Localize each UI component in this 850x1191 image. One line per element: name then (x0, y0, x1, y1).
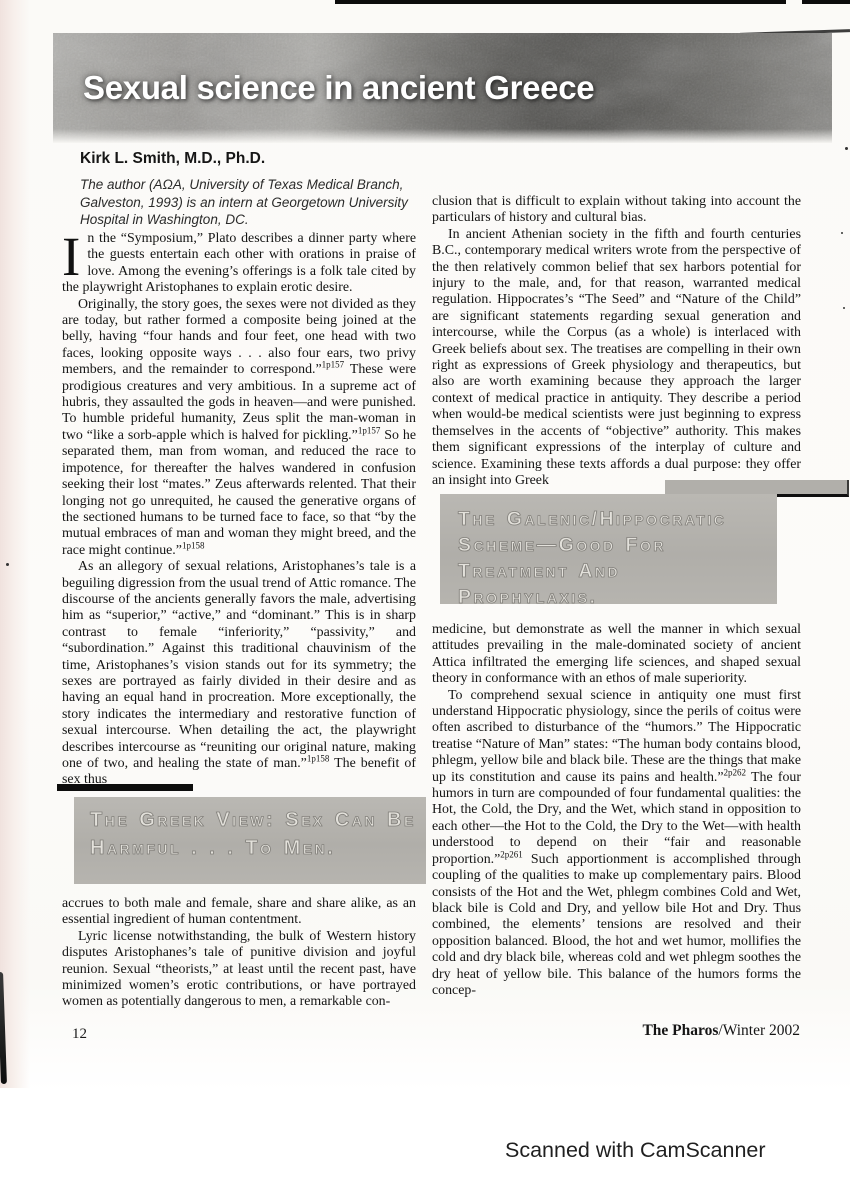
article-paragraph: In ancient Athenian society in the fifth… (432, 227, 801, 490)
author-affiliation-note: The author (AΩA, University of Texas Med… (80, 176, 418, 229)
scan-speck (841, 232, 843, 234)
scan-top-edge-artifact (335, 0, 850, 4)
paragraph-text: n the “Symposium,” Plato describes a din… (62, 231, 416, 295)
article-paragraph: accrues to both male and female, share a… (62, 896, 416, 929)
article-paragraph: Lyric license notwithstanding, the bulk … (62, 929, 416, 1011)
right-column-upper: clusion that is difficult to explain wit… (432, 194, 801, 489)
article-paragraph: As an allegory of sexual relations, Aris… (62, 559, 416, 789)
scan-speck (845, 147, 848, 150)
page-number: 12 (72, 1026, 87, 1043)
article-paragraph: clusion that is difficult to explain wit… (432, 194, 801, 227)
article-paragraph: medicine, but demonstrate as well the ma… (432, 622, 801, 688)
scan-speck (843, 307, 845, 309)
left-column-upper: In the “Symposium,” Plato describes a di… (62, 231, 416, 789)
article-paragraph: In the “Symposium,” Plato describes a di… (62, 231, 416, 297)
left-column-lower: accrues to both male and female, share a… (62, 896, 416, 1011)
pullquote-top-bar (57, 784, 193, 791)
journal-name: The Pharos (642, 1022, 718, 1039)
drop-cap: I (62, 231, 87, 279)
scanned-article-page: Sexual science in ancient Greece Kirk L.… (0, 0, 850, 1191)
scan-speck (6, 563, 9, 566)
pullquote-galenic-scheme: The Galenic/Hippocratic Scheme—Good For … (440, 494, 777, 604)
page-left-edge-shadow (0, 0, 30, 1088)
article-title: Sexual science in ancient Greece (83, 69, 594, 107)
article-paragraph: To comprehend sexual science in antiquit… (432, 688, 801, 1000)
right-column-lower: medicine, but demonstrate as well the ma… (432, 622, 801, 999)
journal-issue: /Winter 2002 (718, 1022, 800, 1039)
journal-footer: The Pharos/Winter 2002 (500, 1022, 800, 1040)
camscanner-watermark: Scanned with CamScanner (505, 1138, 766, 1163)
banner-bottom-fade (53, 129, 832, 143)
author-name: Kirk L. Smith, M.D., Ph.D. (80, 150, 265, 168)
article-paragraph: Originally, the story goes, the sexes we… (62, 297, 416, 560)
title-banner: Sexual science in ancient Greece (53, 33, 832, 143)
scan-top-edge-gap (786, 0, 802, 4)
pullquote-greek-view: The Greek View: Sex Can Be Harmful . . .… (74, 797, 426, 884)
